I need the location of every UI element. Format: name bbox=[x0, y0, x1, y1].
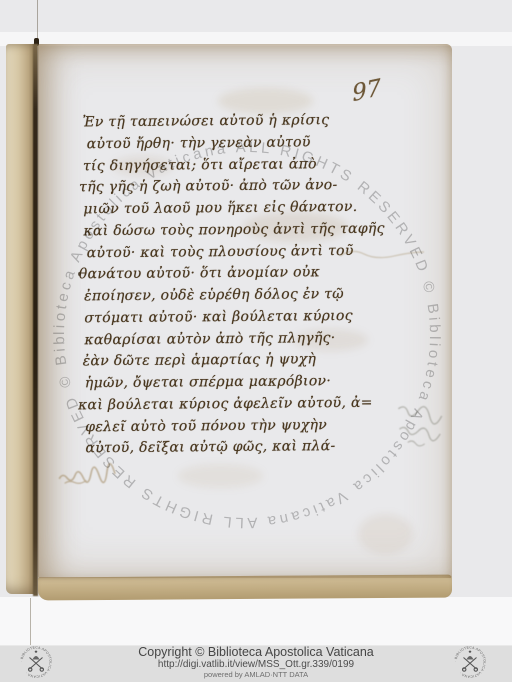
scanner-light-band-bottom bbox=[0, 597, 512, 645]
opposite-page-edge bbox=[6, 44, 34, 594]
footer-copyright: Copyright © Biblioteca Apostolica Vatica… bbox=[0, 646, 512, 659]
footer-url: http://digi.vatlib.it/view/MSS_Ott.gr.33… bbox=[0, 659, 512, 670]
svg-text:· BIBLIOTECA APOSTOLICA VATICA: · BIBLIOTECA APOSTOLICA VATICANA · bbox=[19, 645, 52, 678]
logo-tiara-keys-icon bbox=[463, 651, 478, 672]
logo-ring-text: · BIBLIOTECA APOSTOLICA VATICANA · bbox=[19, 645, 52, 678]
watermark-ring-text: lioteca Apostolica Vaticana ALL RIGHTS R… bbox=[51, 139, 443, 531]
svg-text:lioteca Apostolica Vaticana: lioteca Apostolica Vaticana ALL RIGHTS R… bbox=[51, 139, 443, 531]
footer-powered-by: powered by AMLAD·NTT DATA bbox=[0, 670, 512, 680]
manuscript-page: Ἐν τῇ ταπεινώσει αὐτοῦ ἡ κρίσις αὐτοῦ ἤρ… bbox=[38, 44, 452, 578]
svg-text:· BIBLIOTECA APOSTOLICA VATICA: · BIBLIOTECA APOSTOLICA VATICANA · bbox=[453, 645, 486, 678]
footer-credits: Copyright © Biblioteca Apostolica Vatica… bbox=[0, 646, 512, 680]
vatican-library-emblem-icon: · BIBLIOTECA APOSTOLICA VATICANA · bbox=[18, 644, 54, 680]
scan-viewer: Ἐν τῇ ταπεινώσει αὐτοῦ ἡ κρίσις αὐτοῦ ἤρ… bbox=[0, 0, 512, 682]
copyright-watermark-ring: lioteca Apostolica Vaticana ALL RIGHTS R… bbox=[38, 44, 452, 578]
page-bottom-edge bbox=[38, 575, 452, 601]
vatican-library-emblem-icon: · BIBLIOTECA APOSTOLICA VATICANA · bbox=[452, 644, 488, 680]
gutter-crease-extension-bottom bbox=[30, 598, 31, 645]
logo-tiara-keys-icon bbox=[29, 651, 44, 672]
logo-ring-text: · BIBLIOTECA APOSTOLICA VATICANA · bbox=[453, 645, 486, 678]
